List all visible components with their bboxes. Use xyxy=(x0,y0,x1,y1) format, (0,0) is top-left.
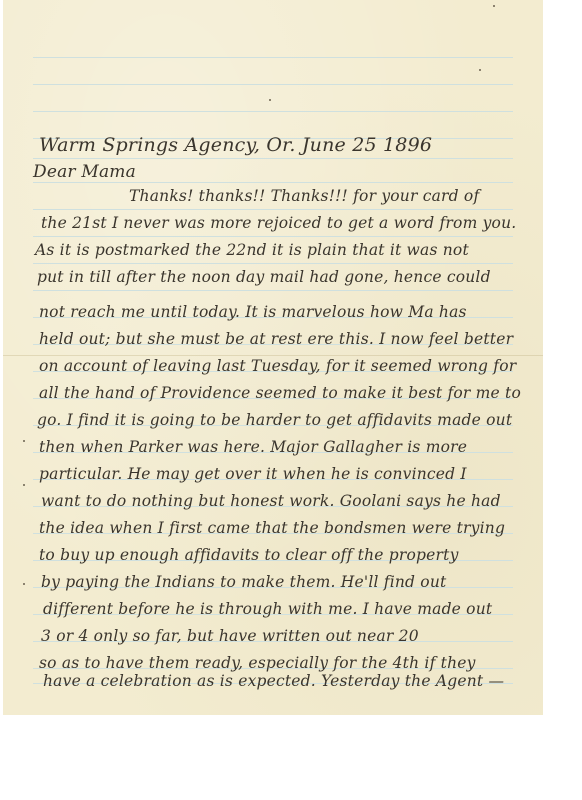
body-line: go. I find it is going to be harder to g… xyxy=(37,413,512,429)
body-line: Thanks! thanks!! Thanks!!! for your card… xyxy=(129,189,479,205)
body-line: put in till after the noon day mail had … xyxy=(37,270,491,286)
fold-crease xyxy=(3,355,543,356)
body-line: particular. He may get over it when he i… xyxy=(39,467,467,483)
body-line: want to do nothing but honest work. Gool… xyxy=(41,494,501,510)
ruled-line xyxy=(33,158,513,159)
ruled-line xyxy=(33,290,513,291)
body-line: different before he is through with me. … xyxy=(43,602,492,618)
body-line: have a celebration as is expected. Yeste… xyxy=(43,674,504,690)
ruled-line xyxy=(33,111,513,112)
body-line: the 21st I never was more rejoiced to ge… xyxy=(41,216,516,232)
body-line: 3 or 4 only so far, but have written out… xyxy=(41,629,419,645)
paper-speck xyxy=(493,5,495,7)
body-line: held out; but she must be at rest ere th… xyxy=(39,332,513,348)
body-line: by paying the Indians to make them. He'l… xyxy=(41,575,446,591)
ruled-line xyxy=(33,209,513,210)
paper-speck xyxy=(23,583,25,585)
body-line: on account of leaving last Tuesday, for … xyxy=(39,359,516,375)
body-line: As it is postmarked the 22nd it is plain… xyxy=(35,243,469,259)
letter-salutation: Dear Mama xyxy=(33,164,136,181)
body-line: to buy up enough affidavits to clear off… xyxy=(39,548,459,564)
body-line: the idea when I first came that the bond… xyxy=(39,521,505,537)
ruled-line xyxy=(33,182,513,183)
paper-speck xyxy=(23,484,25,486)
paper-speck xyxy=(269,99,271,101)
body-line: all the hand of Providence seemed to mak… xyxy=(39,386,521,402)
letter-page: Warm Springs Agency, Or. June 25 1896 De… xyxy=(3,0,543,715)
paper-speck xyxy=(23,440,25,442)
ruled-line xyxy=(33,57,513,58)
paper-speck xyxy=(479,69,481,71)
body-line: not reach me until today. It is marvelou… xyxy=(39,305,467,321)
ruled-line xyxy=(33,84,513,85)
body-line: then when Parker was here. Major Gallagh… xyxy=(39,440,467,456)
ruled-line xyxy=(33,236,513,237)
ruled-line xyxy=(33,263,513,264)
body-line: so as to have them ready, especially for… xyxy=(39,656,476,672)
letter-heading: Warm Springs Agency, Or. June 25 1896 xyxy=(39,136,432,155)
